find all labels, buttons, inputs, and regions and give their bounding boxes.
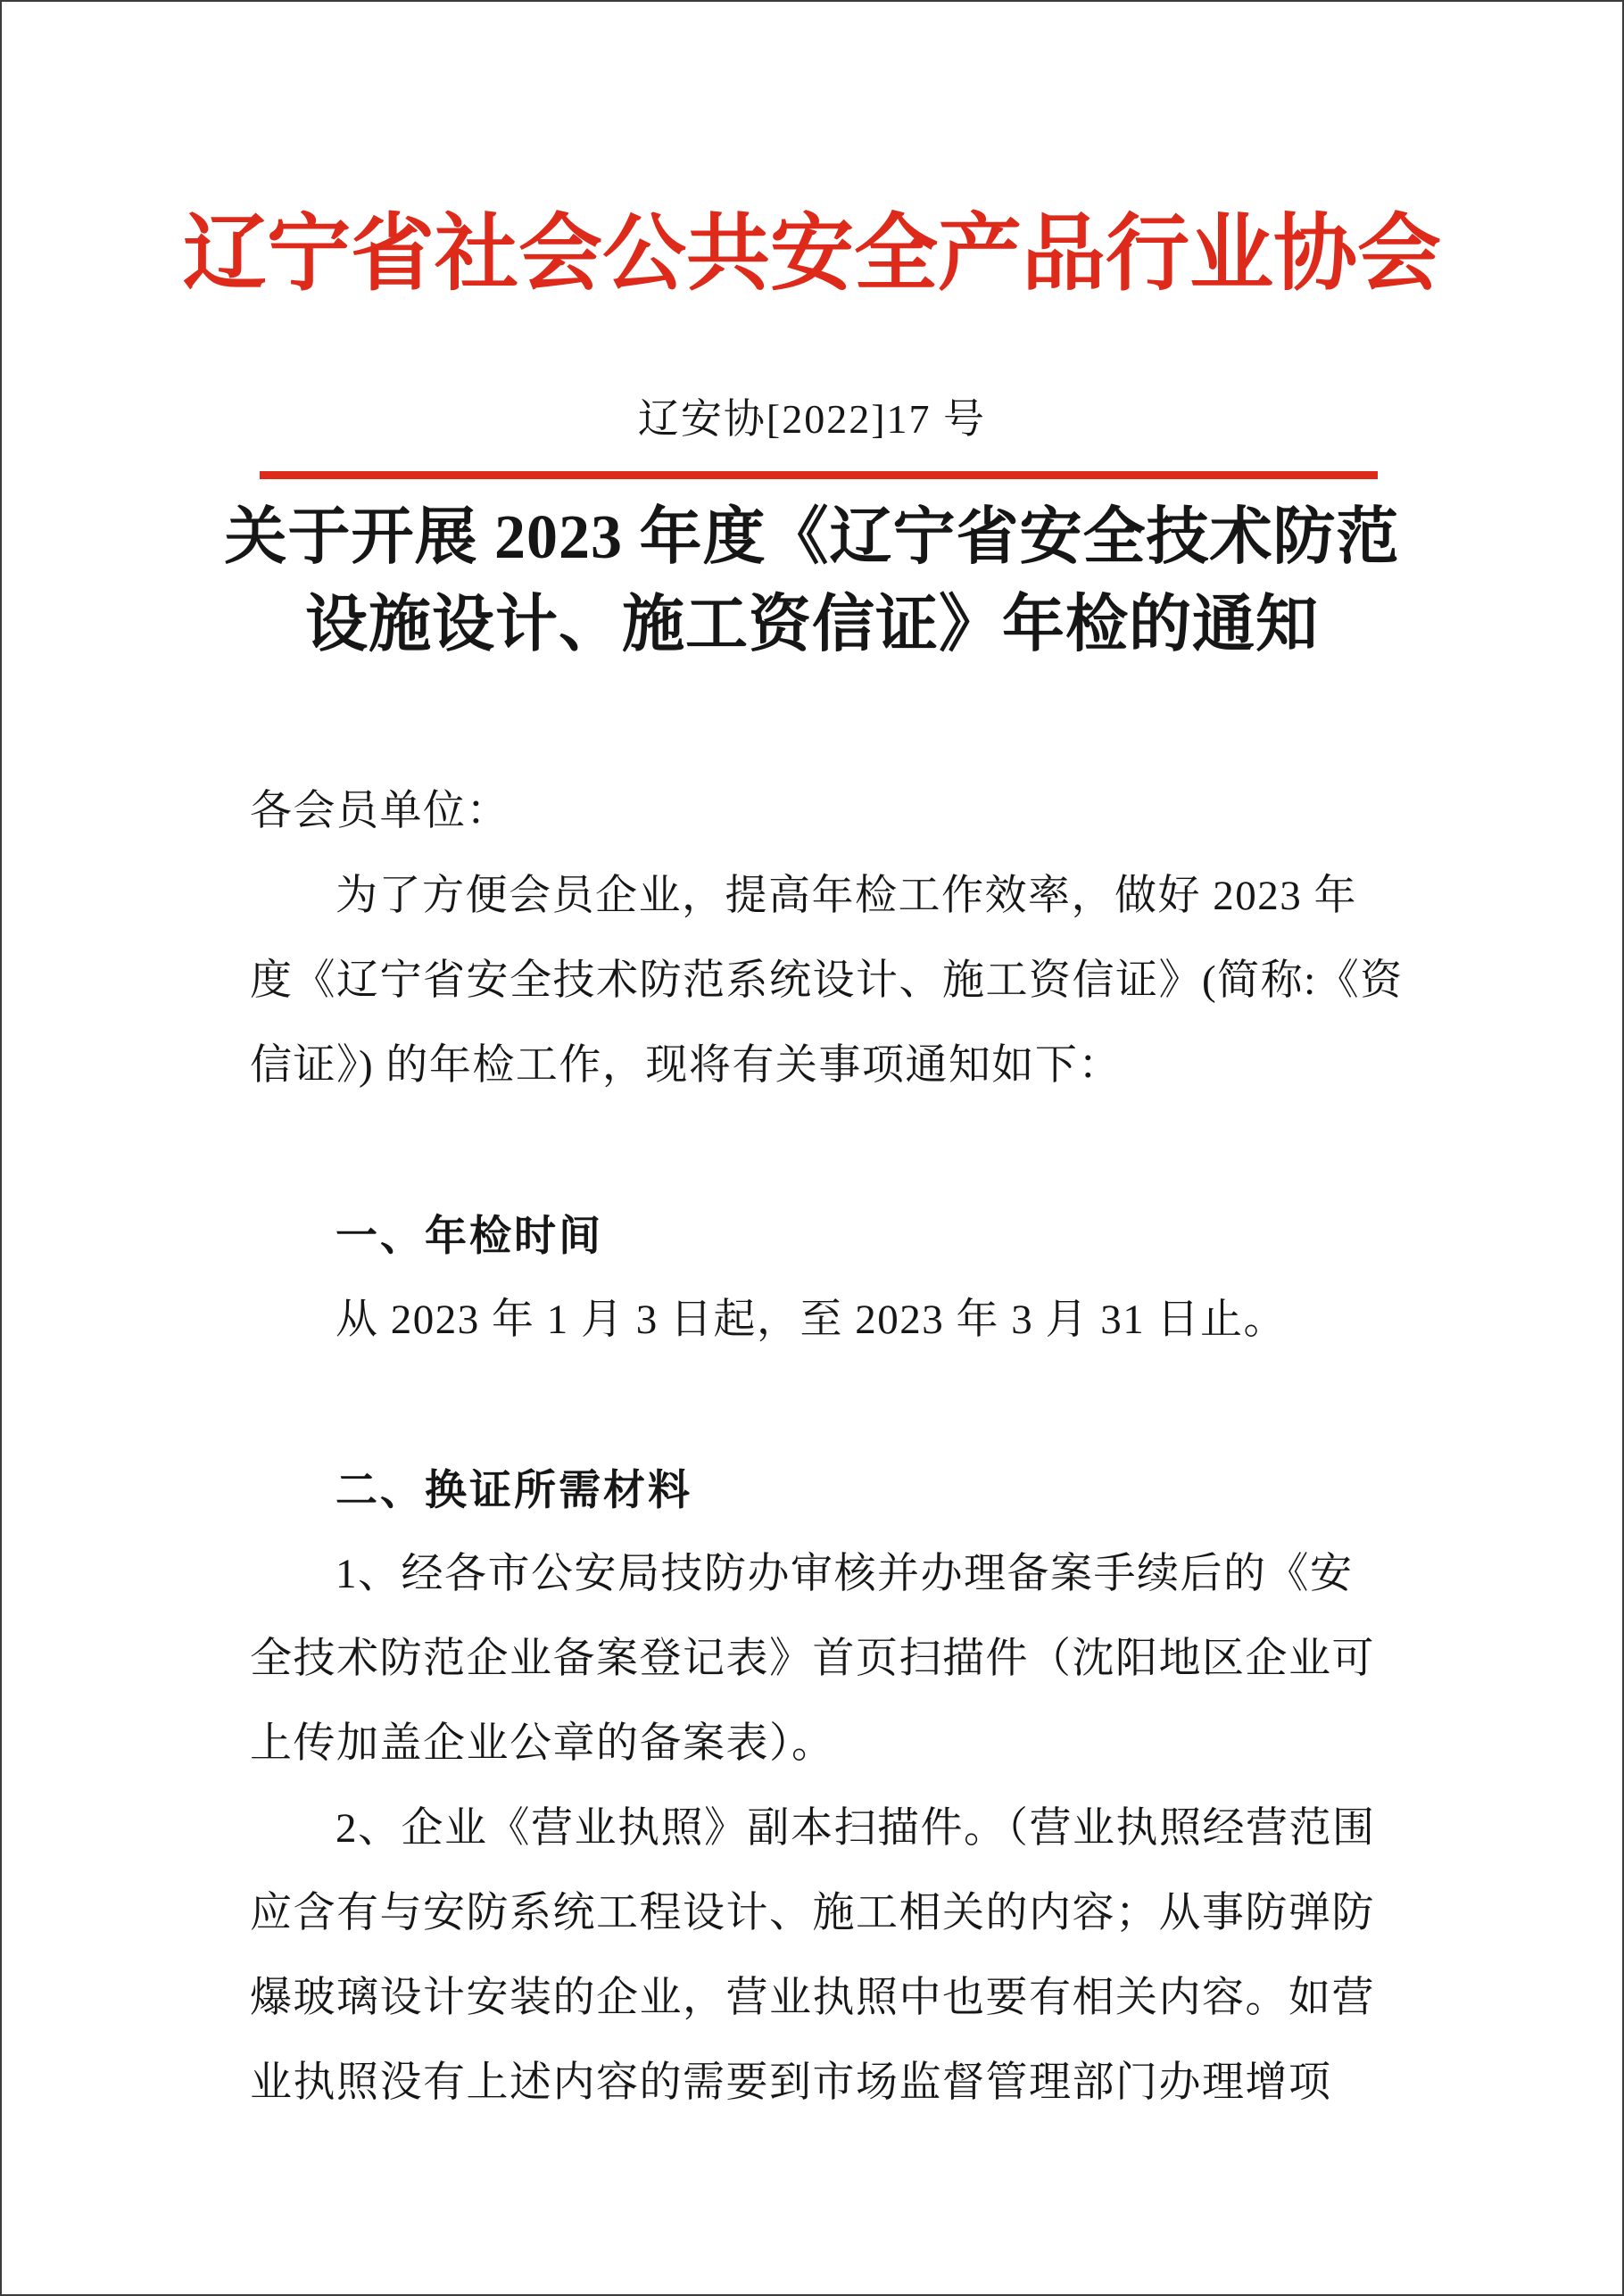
section-heading-2: 二、换证所需材料 xyxy=(250,1447,1401,1532)
document-page: 辽宁省社会公共安全产品行业协会 辽安协[2022]17 号 关于开展 2023 … xyxy=(0,0,1624,2296)
body-line: 度《辽宁省安全技术防范系统设计、施工资信证》(简称:《资 xyxy=(250,939,1401,1024)
doc-number: 辽安协[2022]17 号 xyxy=(2,394,1622,444)
body-line: 应含有与安防系统工程设计、施工相关的内容；从事防弹防 xyxy=(250,1871,1401,1956)
body-line: 从 2023 年 1 月 3 日起，至 2023 年 3 月 31 日止。 xyxy=(250,1278,1401,1363)
section-heading-1: 一、年检时间 xyxy=(250,1193,1401,1278)
salutation: 各会员单位： xyxy=(250,769,1401,854)
body-line: 爆玻璃设计安装的企业，营业执照中也要有相关内容。如营 xyxy=(250,1956,1401,2041)
notice-body: 各会员单位： 为了方便会员企业，提高年检工作效率，做好 2023 年 度《辽宁省… xyxy=(250,769,1401,2126)
body-line: 信证》) 的年检工作，现将有关事项通知如下： xyxy=(250,1024,1401,1108)
body-line: 2、企业《营业执照》副本扫描件。（营业执照经营范围 xyxy=(250,1786,1401,1871)
body-line: 全技术防范企业备案登记表》首页扫描件（沈阳地区企业可 xyxy=(250,1617,1401,1702)
body-line: 为了方便会员企业，提高年检工作效率，做好 2023 年 xyxy=(250,854,1401,939)
red-divider-line xyxy=(260,471,1378,479)
body-line: 1、经各市公安局技防办审核并办理备案手续后的《安 xyxy=(250,1532,1401,1617)
notice-title-line-2: 设施设计、施工资信证》年检的通知 xyxy=(2,582,1622,669)
notice-title-line-1: 关于开展 2023 年度《辽宁省安全技术防范 xyxy=(2,494,1622,582)
notice-title: 关于开展 2023 年度《辽宁省安全技术防范 设施设计、施工资信证》年检的通知 xyxy=(2,494,1622,669)
org-title: 辽宁省社会公共安全产品行业协会 xyxy=(2,205,1622,303)
body-line: 上传加盖企业公章的备案表）。 xyxy=(250,1702,1401,1786)
body-line: 业执照没有上述内容的需要到市场监督管理部门办理增项 xyxy=(250,2041,1401,2126)
